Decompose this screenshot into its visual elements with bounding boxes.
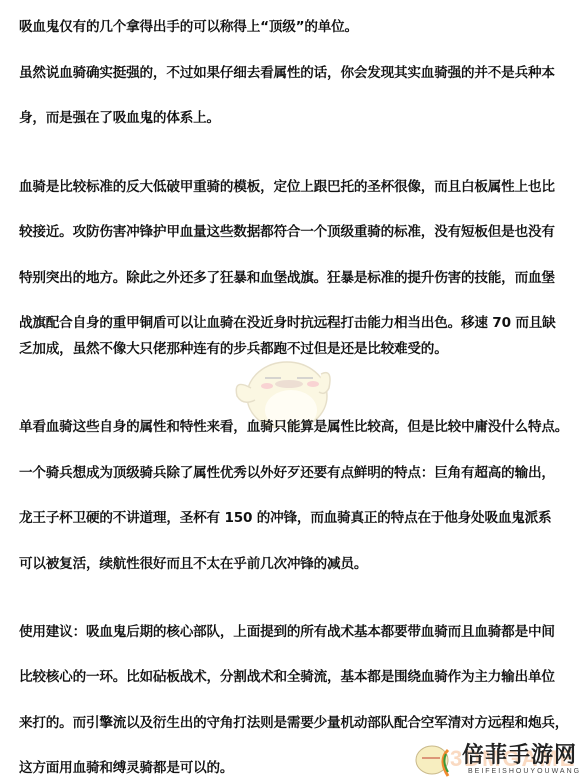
paragraph-5-line-3: 来打的。而引擎流以及衍生出的守角打法则是需要少量机动部队配合空军清对方远程和炮兵… xyxy=(19,714,564,732)
site-watermark: 3DMGAME 倍菲手游网 BEIFEISHOUYOUWANG xyxy=(412,738,580,781)
paragraph-5-line-2: 比较核心的一环。比如砧板战术，分割战术和全骑流，基本都是围绕血骑作为主力输出单位 xyxy=(19,668,564,686)
paragraph-4-line-1: 单看血骑这些自身的属性和特性来看，血骑只能算是属性比较高，但是比较中庸没什么特点… xyxy=(19,418,564,436)
article-document: 吸血鬼仅有的几个拿得出手的可以称得上“顶级”的单位。 虽然说血骑确实挺强的，不过… xyxy=(0,0,580,781)
paragraph-3-line-1: 血骑是比较标准的反大低破甲重骑的模板，定位上跟巴托的圣杯很像，而且白板属性上也比 xyxy=(19,178,564,196)
paragraph-1-line-1: 吸血鬼仅有的几个拿得出手的可以称得上“顶级”的单位。 xyxy=(19,18,564,36)
paragraph-3-line-3: 特别突出的地方。除此之外还多了狂暴和血堡战旗。狂暴是标准的提升伤害的技能，而血堡 xyxy=(19,269,564,287)
paragraph-2-line-1: 虽然说血骑确实挺强的，不过如果仔细去看属性的话，你会发现其实血骑强的并不是兵种本 xyxy=(19,64,564,82)
mascot-chick-icon xyxy=(225,348,345,428)
paragraph-5-line-1: 使用建议：吸血鬼后期的核心部队，上面提到的所有战术基本都要带血骑而且血骑都是中间 xyxy=(19,623,564,641)
paragraph-3-line-2: 较接近。攻防伤害冲锋护甲血量这些数据都符合一个顶级重骑的标准，没有短板但是也没有 xyxy=(19,223,564,241)
paragraph-4-line-2: 一个骑兵想成为顶级骑兵除了属性优秀以外好歹还要有点鲜明的特点：巨角有超高的输出， xyxy=(19,464,564,482)
watermark-subtitle: BEIFEISHOUYOUWANG xyxy=(468,768,580,775)
watermark-title: 倍菲手游网 xyxy=(462,738,577,769)
paragraph-4-line-4: 可以被复活，续航性很好而且不太在乎前几次冲锋的减员。 xyxy=(19,555,564,573)
paragraph-2-line-2: 身，而是强在了吸血鬼的体系上。 xyxy=(19,109,564,127)
paragraph-3-line-4: 战旗配合自身的重甲铜盾可以让血骑在没近身时抗远程打击能力相当出色。移速 70 而… xyxy=(19,314,564,332)
paragraph-4-line-3: 龙王子杯卫硬的不讲道理，圣杯有 150 的冲锋，而血骑真正的特点在于他身处吸血鬼… xyxy=(19,509,564,527)
paragraph-3-line-5: 乏加成，虽然不像大只佬那种连有的步兵都跑不过但是还是比较难受的。 xyxy=(19,340,564,358)
